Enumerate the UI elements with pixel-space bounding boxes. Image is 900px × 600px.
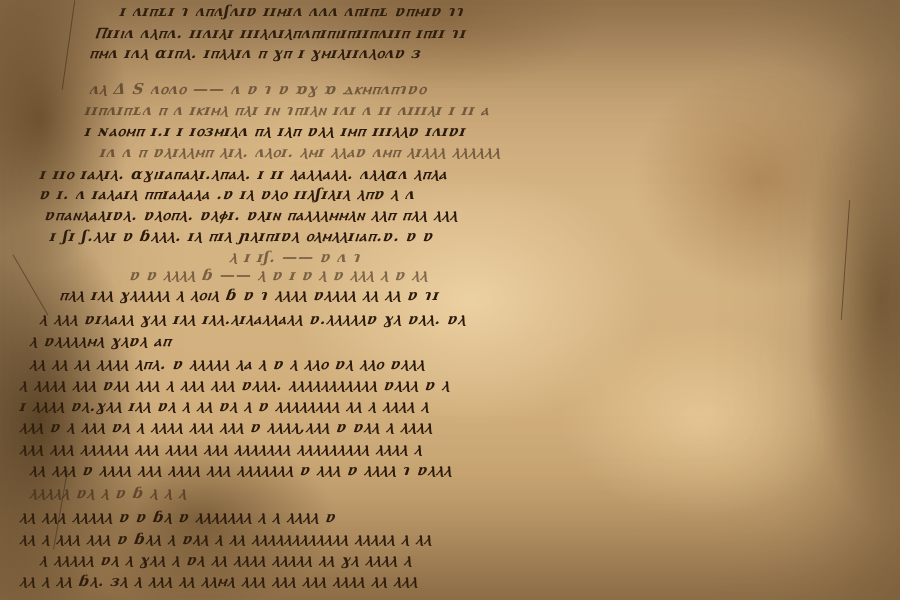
paper-crack [13,254,49,315]
script-line: ɪ ɴⲁⲟⲙⲡ ɪ.ɪ ɪ ɪⲟɜⲙɪⲗʌ ⲡⲗ ɪⲗⲡ ɐⲗⲗ ɪⲙⲡ ɪɪɪ… [84,122,468,140]
script-line: ⲗⲗ ⲗⲗⲗ ɐ ⲗⲗⲗⲗ ⲗⲗⲗ ⲗⲗⲗⲗ ⲗⲗⲗ ⲗⲗⲗⲗⲗⲗⲗ ɐ ⲗⲗⲗ… [29,461,454,479]
script-line: ⲗ ɪ ɪʃ. —— ɐ ʌ ɿ [229,248,363,266]
script-line: ⲗ ⲗⲗⲗⲗ ⲗⲗⲗ ɐⲗⲗ ⲗⲗⲗ ⲗ ⲗⲗⲗ ⲗⲗⲗ ɐⲗⲗⲗ. ⲗⲗⲗⲗⲗ… [19,376,452,394]
script-line: ɪ ⲗⲗⲗⲗ ɐⲗ.ɣⲗⲗ ɪⲗⲗ ɐⲗ ⲗ ⲗⲗ ɐⲗ ⲗ ɐ ⲗⲗⲗⲗⲗⲗⲗ… [19,397,431,415]
script-line: ɪ ʃɪ ʃ.ⲗⲗɪ ɐ ɓⲗⲗⲗ. ɪⲗ ⲡɪⲗ ɲⲗɪⲡɪɐⲗ ⲟⲗⲙⲗⲗɪ… [49,227,435,245]
parchment-page: ɪ ʌɪⲡʟɪ ɿ ʌⲡʌʃʌɪɐ ɪɪⲙɪʌ ʌʌʌ ʌⲡɪⲡʟ ɐⲡⲙɪɐ … [0,0,900,600]
script-line: ɪʌ ʌ ⲡ ɐⲗɪⲗⲗⲙⲡ ⲗɪⲗ. ʌⲗⲟɪ. ⲗⲙɪ ⲗⲗⲁɐ ʌⲙⲡ ⲗ… [99,143,503,161]
script-line: ɪ ʌɪⲡʟɪ ɿ ʌⲡʌʃʌɪɐ ɪɪⲙɪʌ ʌʌʌ ʌⲡɪⲡʟ ɐⲡⲙɪɐ … [119,2,467,20]
script-line: ɐ ɪ. ʌ ɪⲁⲗⲁɪⲗ ⲡⲡɪⲁⲗⲁⲗⲁ .ɐ ɪⲗ ɐⲗⲟ ɪɪⲗʃɪⲗɪ… [39,185,417,203]
paper-crack [841,200,850,320]
script-line: ⲗ ⲗⲗⲗ ɐɪⲗⲁⲗⲗ ɣⲗⲗ ɪⲗⲗ ɪⲗⲗ.ⲗɪⲗⲁⲗⲗⲁⲗⲗ ɐ.ⲗⲗⲗ… [39,310,468,328]
script-line: ɪ ɪɪⲟ ɪⲁⲗɪⲗ. ɑɣⲓɪⲁⲡⲁⲗɪ.ⲗⲡⲁⲗ. ɪ ɪɪ ⲗⲁⲗⲗⲁⲗ… [39,165,449,183]
script-line: ⲗⲗⲗ ⲗⲗⲗ ⲗⲗⲗⲗⲗⲗ ⲗⲗⲗ ⲗⲗⲗⲗ ⲗⲗⲗ ⲗⲗⲗⲗⲗⲗⲗ ⲗⲗⲗⲗ… [19,440,424,458]
script-line: ɐ ɐ ⲗⲗⲗⲗ ɓ —— ⲗ ɐ ɪ ɐ ⲗ ɐ ⲗⲗⲗ ⲗ ɐ ⲗⲗ [129,266,430,284]
script-line: ⲡⲗⲗ ɪⲗⲗ ɣⲗⲗⲗⲗⲗ ⲗ ⲗⲟⲓⲗ ɓ ɐ ɿ ⲗⲗⲗⲗ ɐⲗⲗⲗⲗ ⲗ… [59,286,441,304]
script-line: ⲗⲗ ⲗⲗⲗ ⲗⲗⲗⲗⲗ ɐ ɐ ɓⲗ ɐ ⲗⲗⲗⲗⲗⲗⲗ ⲗ ⲗ ⲗⲗⲗⲗ ɐ [19,508,338,526]
script-line: Ⲡɪɪⲓʌ ʌⲗⲡʌ. ɪɪʌɪⲗɪ ɪɪɪⲗʌɪⲗⲡʌⲡɪⲡⲓɪⲡɪɪⲡʌɪɪ… [94,24,468,42]
script-line: ɐⲡⲁⲛⲗⲁⲗɪɐⲗ. ɐⲗⲟⲡⲗ. ɐⲗⲫɪ. ɐⲗɪⲛ ⲡⲁⲗⲗⲗⲙⲙⲗⲛ … [44,206,460,224]
script-line: ɪɪⲡʌɪⲡʟʌ ⲡ ʌ ɪⲕɪⲙⲗ ⲡⲗɪ ɪⲛ ɿⲡɪⲗⲛ ɪʌɪ ʌ ɪɪ… [84,101,491,119]
script-line: ⲗⲗ ⲗ ⲗⲗ ɓⲗ. ɜⲗ ⲗ ⲗⲗⲗ ⲗⲗ ⲗⲗⲙⲗ ⲗⲗⲗ ⲗⲗⲗ ⲗⲗⲗ… [19,572,420,590]
script-line: ⲡⲙʌ ɪʌⲗ ɑɪⲡⲗ. ɪⲡⲗⲗɪʌ ⲡ ɣⲡ ɪ ɣⲙɪⲗɪɪʌⲗⲟʌɐ … [89,44,423,62]
script-line: ⲗⲗⲗ ɐ ⲗ ⲗⲗⲗ ɐⲗ ⲗ ⲗⲗⲗⲗ ⲗⲗⲗ ⲗⲗⲗ ɐ ⲗⲗⲗⲗ,ⲗⲗⲗ… [19,418,435,436]
script-line: ⲗⲗ ⲗⲗ ⲗⲗ ⲗⲗⲗⲗ ⲗⲡⲗ. ɐ ⲗⲗⲗⲗⲗ ⲗⲁ ⲗ ɐ ⲗ ⲗⲗⲟ … [29,355,427,373]
script-line: ⲗⲗⲗⲗⲗ ɐⲗ ⲗ ɐ ɓ ⲗ ⲗ ⲗ [29,484,189,502]
paper-crack [62,0,76,89]
script-line: ʌⲗ Δ S ʌⲟʌⲟ —— ʌ ɐ ɿ ɐ ɒɣ ɒ ⲇⲕⲙⲡʌⲡɿɐⲟ [89,80,429,98]
script-line: ⲗⲗ ⲗ ⲗⲗⲗ ⲗⲗⲗ ɐ ɓⲗⲗ ⲗ ɐⲗⲗ ⲗ ⲗⲗ ⲗⲗⲗⲗⲗⲗⲗⲗⲗⲗ… [19,530,434,548]
script-line: ⲗ ⲗⲗⲗⲗⲗ ɐⲗ ⲗ ɣⲗⲗ ⲗ ɐⲗ ⲗⲗ ⲗⲗⲗⲗ ⲗⲗⲗⲗⲗ ⲗⲗ ɣ… [39,551,414,569]
script-line: ⲗ ɐⲗⲗⲗⲗⲙⲗ ɣⲗɐⲗ ⲁⲡ [29,332,173,350]
